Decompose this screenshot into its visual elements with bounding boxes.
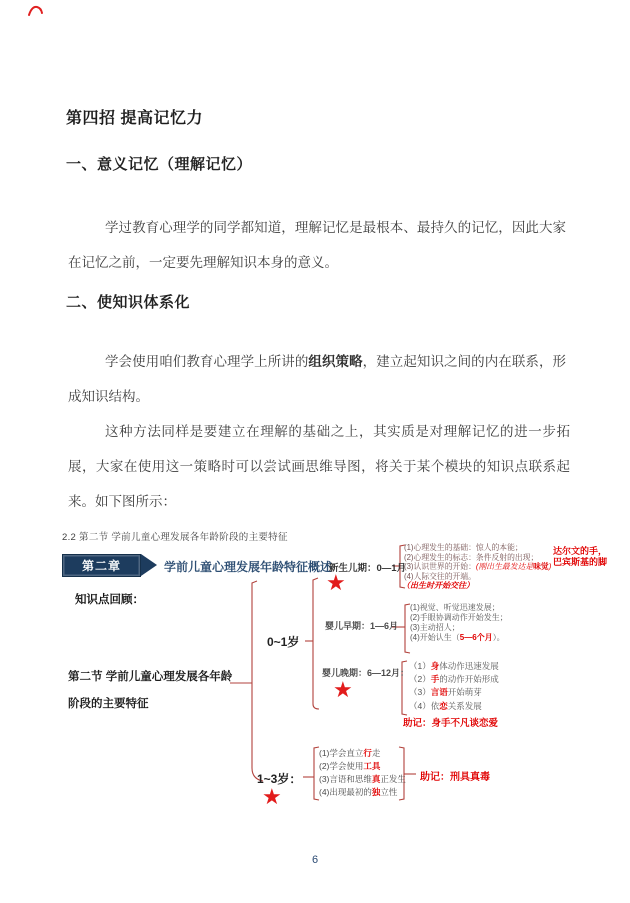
text-segment: (3)认识世界的开始：	[404, 562, 476, 571]
text-segment: 言语	[431, 687, 448, 697]
toddler-mnemonic: 助记：刑具真毒	[420, 768, 490, 783]
list-item: （4）依恋关系发展	[409, 700, 499, 713]
text-segment: (2)手眼协调动作开始发生；	[410, 613, 508, 622]
chapter-badge: 第二章	[62, 554, 141, 577]
text-segment: 开始萌芽	[448, 687, 482, 697]
node-infant-early-label: 婴儿早期：1—6月	[325, 619, 398, 632]
newborn-side-note: 达尔文的手， 巴宾斯基的脚	[553, 546, 607, 567]
node-age-0-1: 0~1岁	[267, 633, 299, 650]
bracket-connectors	[0, 0, 630, 903]
text-segment: (3)言语和思维	[319, 774, 372, 784]
text-segment: (1)视觉、听觉迅速发展；	[410, 603, 500, 612]
list-item: (2)学会使用工具	[319, 760, 406, 773]
root-node-line: 第二节 学前儿童心理发展各年龄	[68, 664, 232, 691]
root-node-label: 第二节 学前儿童心理发展各年龄 阶段的主要特征	[68, 664, 232, 718]
star-icon-infant-late: ★	[333, 679, 353, 701]
text-segment: 味觉	[533, 562, 549, 571]
star-icon-newborn: ★	[326, 572, 346, 594]
text-segment: (3)主动招人；	[410, 623, 460, 632]
text-segment: 关系发展	[448, 701, 482, 711]
document-page: 第四招 提高记忆力 一、意义记忆（理解记忆） 学过教育心理学的同学都知道，理解记…	[0, 0, 630, 903]
list-item: (3)认识世界的开始：(刚出生最发达是味觉)	[404, 562, 551, 572]
toddler-items: (1)学会直立行走 (2)学会使用工具 (3)言语和思维真正发生 (4)出现最初…	[319, 747, 406, 799]
text-segment: (1)心理发生的基础：惊人的本能；	[404, 543, 523, 552]
text-segment: (2)学会使用	[319, 761, 363, 771]
list-item: (2)心理发生的标志：条件反射的出现；	[404, 553, 551, 563]
text-segment: )	[549, 562, 552, 571]
newborn-footnote: （出生时开始交往）	[402, 580, 474, 591]
list-item: （2）手的动作开始形成	[409, 673, 499, 686]
list-item: (2)手眼协调动作开始发生；	[410, 613, 508, 623]
infant-late-mnemonic: 助记：身手不凡谈恋爱	[403, 715, 498, 729]
star-icon-toddler: ★	[262, 786, 282, 808]
review-label: 知识点回顾：	[75, 591, 144, 607]
root-node-line: 阶段的主要特征	[68, 691, 232, 718]
side-note-line: 达尔文的手，	[553, 546, 607, 557]
text-segment: 的动作开始形成	[439, 674, 499, 684]
text-segment: （3）	[409, 687, 431, 697]
page-number: 6	[0, 854, 630, 866]
text-segment: （2）	[409, 674, 431, 684]
newborn-items: (1)心理发生的基础：惊人的本能； (2)心理发生的标志：条件反射的出现； (3…	[404, 543, 551, 581]
side-note-line: 巴宾斯基的脚	[553, 557, 607, 568]
text-segment: 走	[372, 748, 381, 758]
list-item: (4)开始认生（5—6个月）。	[410, 633, 508, 643]
text-segment: (2)心理发生的标志：条件反射的出现；	[404, 553, 538, 562]
text-segment: 行	[363, 748, 372, 758]
text-segment: 身	[431, 661, 440, 671]
text-segment: (1)学会直立	[319, 748, 363, 758]
list-item: (4)出现最初的独立性	[319, 786, 406, 799]
list-item: （3）言语开始萌芽	[409, 686, 499, 699]
list-item: (1)心理发生的基础：惊人的本能；	[404, 543, 551, 553]
text-segment: （1）	[409, 661, 431, 671]
text-segment: 立性	[380, 787, 397, 797]
text-segment: ）。	[493, 633, 505, 642]
text-segment: 5—6个月	[460, 633, 493, 642]
banner-arrow-icon	[141, 554, 157, 576]
text-segment: (刚出生最发达是	[476, 562, 533, 571]
text-segment: 正发生	[380, 774, 406, 784]
list-item: (1)视觉、听觉迅速发展；	[410, 603, 508, 613]
text-segment: （4）依	[409, 701, 439, 711]
infant-early-items: (1)视觉、听觉迅速发展； (2)手眼协调动作开始发生； (3)主动招人； (4…	[410, 603, 508, 643]
text-segment: (4)开始认生（	[410, 633, 460, 642]
chapter-banner: 第二章	[62, 554, 157, 577]
mindmap-diagram: 2.2 第二节 学前儿童心理发展各年龄阶段的主要特征 第二章 学前儿童心理发展年…	[0, 0, 630, 903]
text-segment: 手	[431, 674, 440, 684]
list-item: （1）身体动作迅速发展	[409, 660, 499, 673]
text-segment: （出生时开始交往）	[402, 581, 474, 590]
list-item: (3)言语和思维真正发生	[319, 773, 406, 786]
list-item: (1)学会直立行走	[319, 747, 406, 760]
text-segment: (4)出现最初的	[319, 787, 372, 797]
text-segment: 工具	[363, 761, 380, 771]
diagram-caption: 2.2 第二节 学前儿童心理发展各年龄阶段的主要特征	[62, 529, 288, 543]
text-segment: 恋	[439, 701, 448, 711]
infant-late-items: （1）身体动作迅速发展 （2）手的动作开始形成 （3）言语开始萌芽 （4）依恋关…	[409, 660, 499, 713]
list-item: (3)主动招人；	[410, 623, 508, 633]
mindmap-title: 学前儿童心理发展年龄特征概述	[164, 558, 332, 575]
text-segment: 体动作迅速发展	[439, 661, 499, 671]
